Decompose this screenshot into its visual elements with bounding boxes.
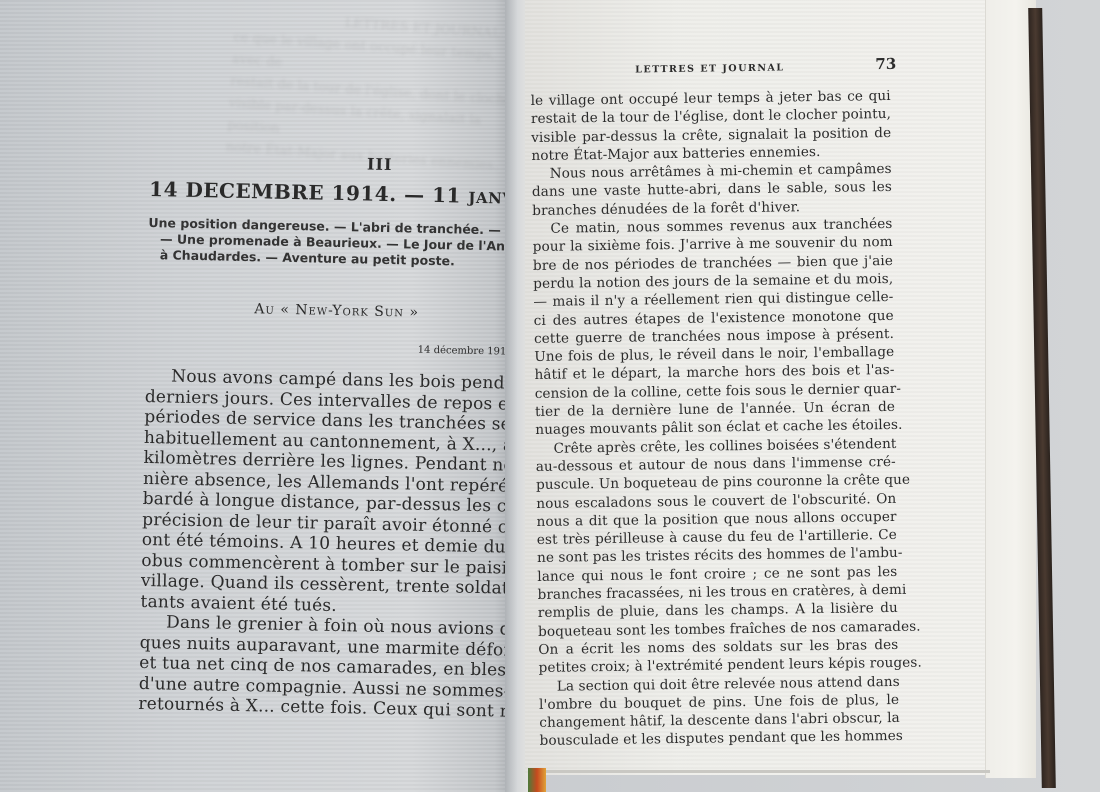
left-page-content: III 14 DECEMBRE 1914. — 11 JANVIER 19 Un… [138,150,515,722]
letter-heading: Au « New-York Sun » [207,300,467,321]
right-body-text: le village ont occupé leur temps à jeter… [531,87,900,751]
running-title: LETTRES ET JOURNAL [635,62,784,75]
letter-date: 14 décembre 1914. [146,339,515,358]
page-number: 73 [875,55,896,73]
chapter-title-dates: 14 DECEMBRE 1914. — 11 [149,177,469,208]
bookmark-ribbon [528,768,546,792]
page-bottom-edge [530,770,990,773]
running-header: LETTRES ET JOURNAL 73 [530,47,890,78]
left-body-text: Nous avons campé dans les bois pendant c… [138,366,515,722]
chapter-number: III [270,153,490,177]
chapter-title: 14 DECEMBRE 1914. — 11 JANVIER 19 [149,177,515,209]
chapter-summary: Une position dangereuse. — L'abri de tra… [148,215,515,271]
right-page-content: LETTRES ET JOURNAL 73 le village ont occ… [530,47,900,751]
left-page: LETTRES ET JOURNAL ce que le village ont… [0,0,515,792]
page-fore-edge [985,0,1036,778]
